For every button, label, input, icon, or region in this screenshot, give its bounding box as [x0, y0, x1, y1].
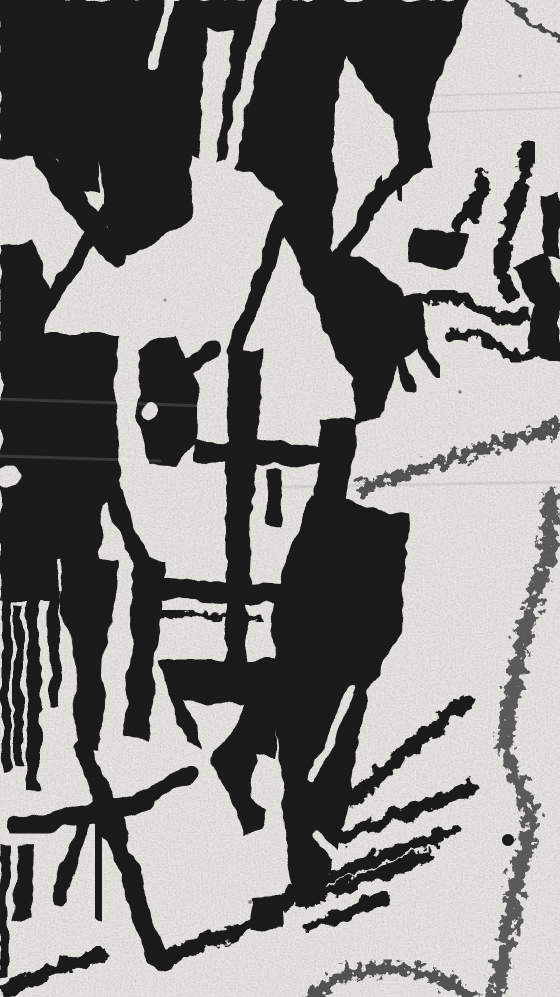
screenshot-root	[0, 0, 560, 997]
abstract-ink-artwork	[0, 0, 560, 997]
paper-grain-overlay	[0, 0, 560, 997]
artwork-photo	[0, 0, 560, 997]
